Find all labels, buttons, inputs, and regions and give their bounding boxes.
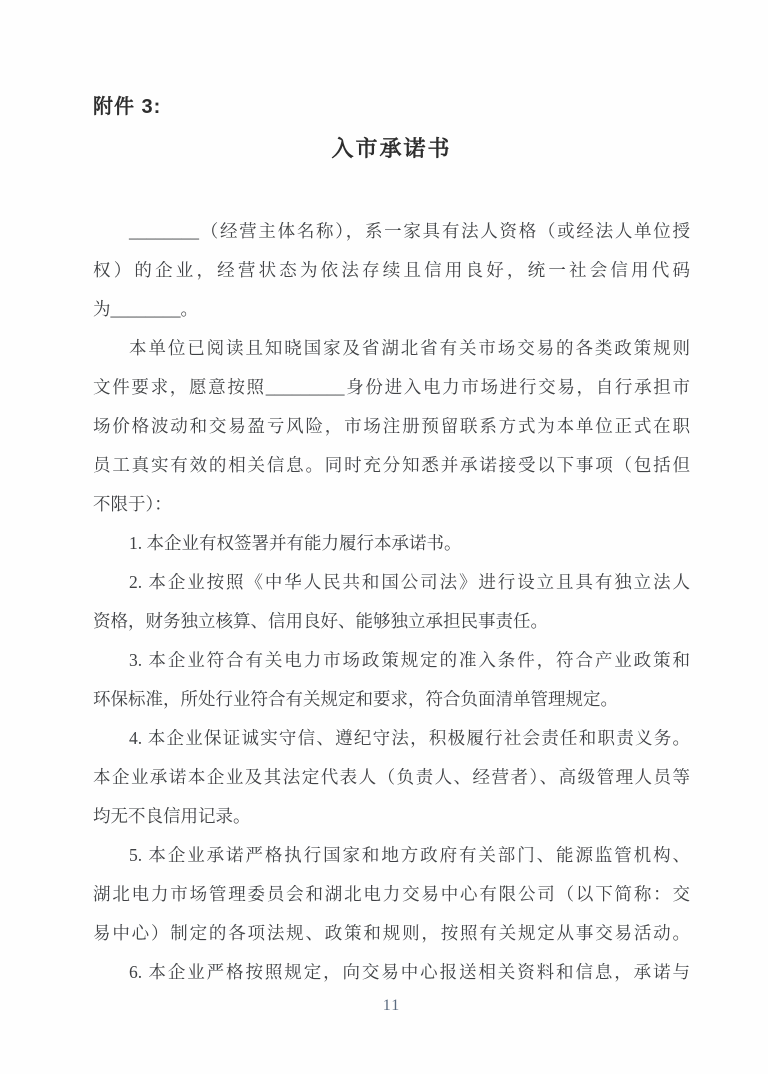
document-title: 入市承诺书	[93, 132, 690, 163]
list-item-line: 3. 本企业符合有关电力市场政策规定的准入条件，符合产业政策和	[93, 641, 690, 680]
list-item-line: 2. 本企业按照《中华人民共和国公司法》进行设立且具有独立法人	[93, 563, 690, 602]
paragraph-line: 不限于）：	[93, 485, 690, 524]
list-item-line: 5. 本企业承诺严格执行国家和地方政府有关部门、能源监管机构、	[93, 836, 690, 875]
paragraph-line: 为________。	[93, 290, 690, 329]
document-body: ________（经营主体名称），系一家具有法人资格（或经法人单位授 权）的企业…	[93, 212, 690, 992]
list-item-line: 易中心）制定的各项法规、政策和规则，按照有关规定从事交易活动。	[93, 914, 690, 953]
list-item-line: 4. 本企业保证诚实守信、遵纪守法，积极履行社会责任和职责义务。	[93, 719, 690, 758]
list-item-line: 湖北电力市场管理委员会和湖北电力交易中心有限公司（以下简称：交	[93, 875, 690, 914]
paragraph-line: ________（经营主体名称），系一家具有法人资格（或经法人单位授	[93, 212, 690, 251]
list-item-line: 环保标准，所处行业符合有关规定和要求，符合负面清单管理规定。	[93, 680, 690, 719]
paragraph-line: 权）的企业，经营状态为依法存续且信用良好，统一社会信用代码	[93, 251, 690, 290]
list-item-line: 6. 本企业严格按照规定，向交易中心报送相关资料和信息，承诺与	[93, 953, 690, 992]
attachment-label: 附件 3:	[93, 90, 161, 119]
page-footer: 11	[93, 997, 690, 1015]
document-page: 附件 3: 入市承诺书 ________（经营主体名称），系一家具有法人资格（或…	[0, 0, 768, 1074]
list-item-line: 均无不良信用记录。	[93, 797, 690, 836]
list-item-line: 1. 本企业有权签署并有能力履行本承诺书。	[93, 524, 690, 563]
page-number: 11	[383, 997, 400, 1014]
list-item-line: 本企业承诺本企业及其法定代表人（负责人、经营者）、高级管理人员等	[93, 758, 690, 797]
paragraph-line: 场价格波动和交易盈亏风险，市场注册预留联系方式为本单位正式在职	[93, 407, 690, 446]
paragraph-line: 员工真实有效的相关信息。同时充分知悉并承诺接受以下事项（包括但	[93, 446, 690, 485]
paragraph-line: 文件要求，愿意按照_________身份进入电力市场进行交易，自行承担市	[93, 368, 690, 407]
paragraph-line: 本单位已阅读且知晓国家及省湖北省有关市场交易的各类政策规则	[93, 329, 690, 368]
list-item-line: 资格，财务独立核算、信用良好、能够独立承担民事责任。	[93, 602, 690, 641]
